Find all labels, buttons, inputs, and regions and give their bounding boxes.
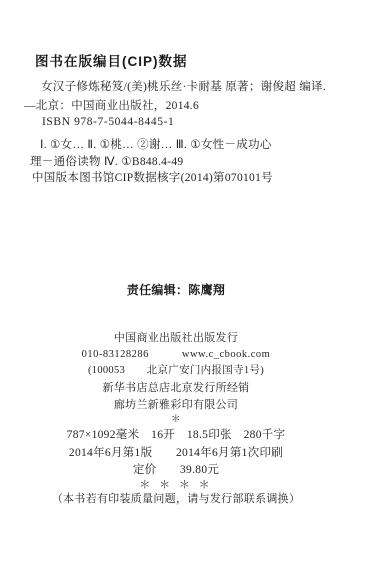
cip-book-description-line: 女汉子修炼秘笈/(美)桃乐丝·卡耐基 原著；谢俊超 编译.	[41, 78, 326, 94]
cip-publication-line: —北京：中国商业出版社，2014.6	[24, 97, 199, 113]
price-line: 定价 39.80元	[0, 461, 352, 477]
cip-classification-line-1: Ⅰ. ①女… Ⅱ. ①桃… ②谢… Ⅲ. ①女性－成功心	[40, 136, 272, 152]
format-spec-line: 787×1092毫米 16开 18.5印张 280千字	[0, 426, 352, 442]
cip-classification-line-2: 理－通俗读物 Ⅳ. ①B848.4-49	[30, 153, 183, 169]
contact-phone-website-line: 010-83128286 www.c_cbook.com	[0, 346, 352, 361]
book-copyright-page: 图书在版编目(CIP)数据 女汉子修炼秘笈/(美)桃乐丝·卡耐基 原著；谢俊超 …	[0, 0, 375, 576]
single-star-divider: ＊	[0, 410, 352, 425]
cip-record-number-line: 中国版本图书馆CIP数据核字(2014)第070101号	[32, 169, 273, 185]
responsible-editor-line: 责任编辑：陈鹰翔	[0, 281, 352, 298]
publisher-address-line: (100053 北京广安门内报国寺1号)	[0, 362, 352, 377]
publisher-line: 中国商业出版社出版发行	[0, 329, 352, 345]
isbn-line: ISBN 978-7-5044-8445-1	[42, 116, 174, 128]
edition-printing-line: 2014年6月第1版 2014年6月第1次印刷	[0, 444, 352, 460]
quality-exchange-notice-line: （本书若有印装质量问题，请与发行部联系调换）	[0, 490, 352, 506]
cip-section-title: 图书在版编目(CIP)数据	[35, 50, 188, 70]
distributor-line: 新华书店总店北京发行所经销	[0, 379, 352, 395]
